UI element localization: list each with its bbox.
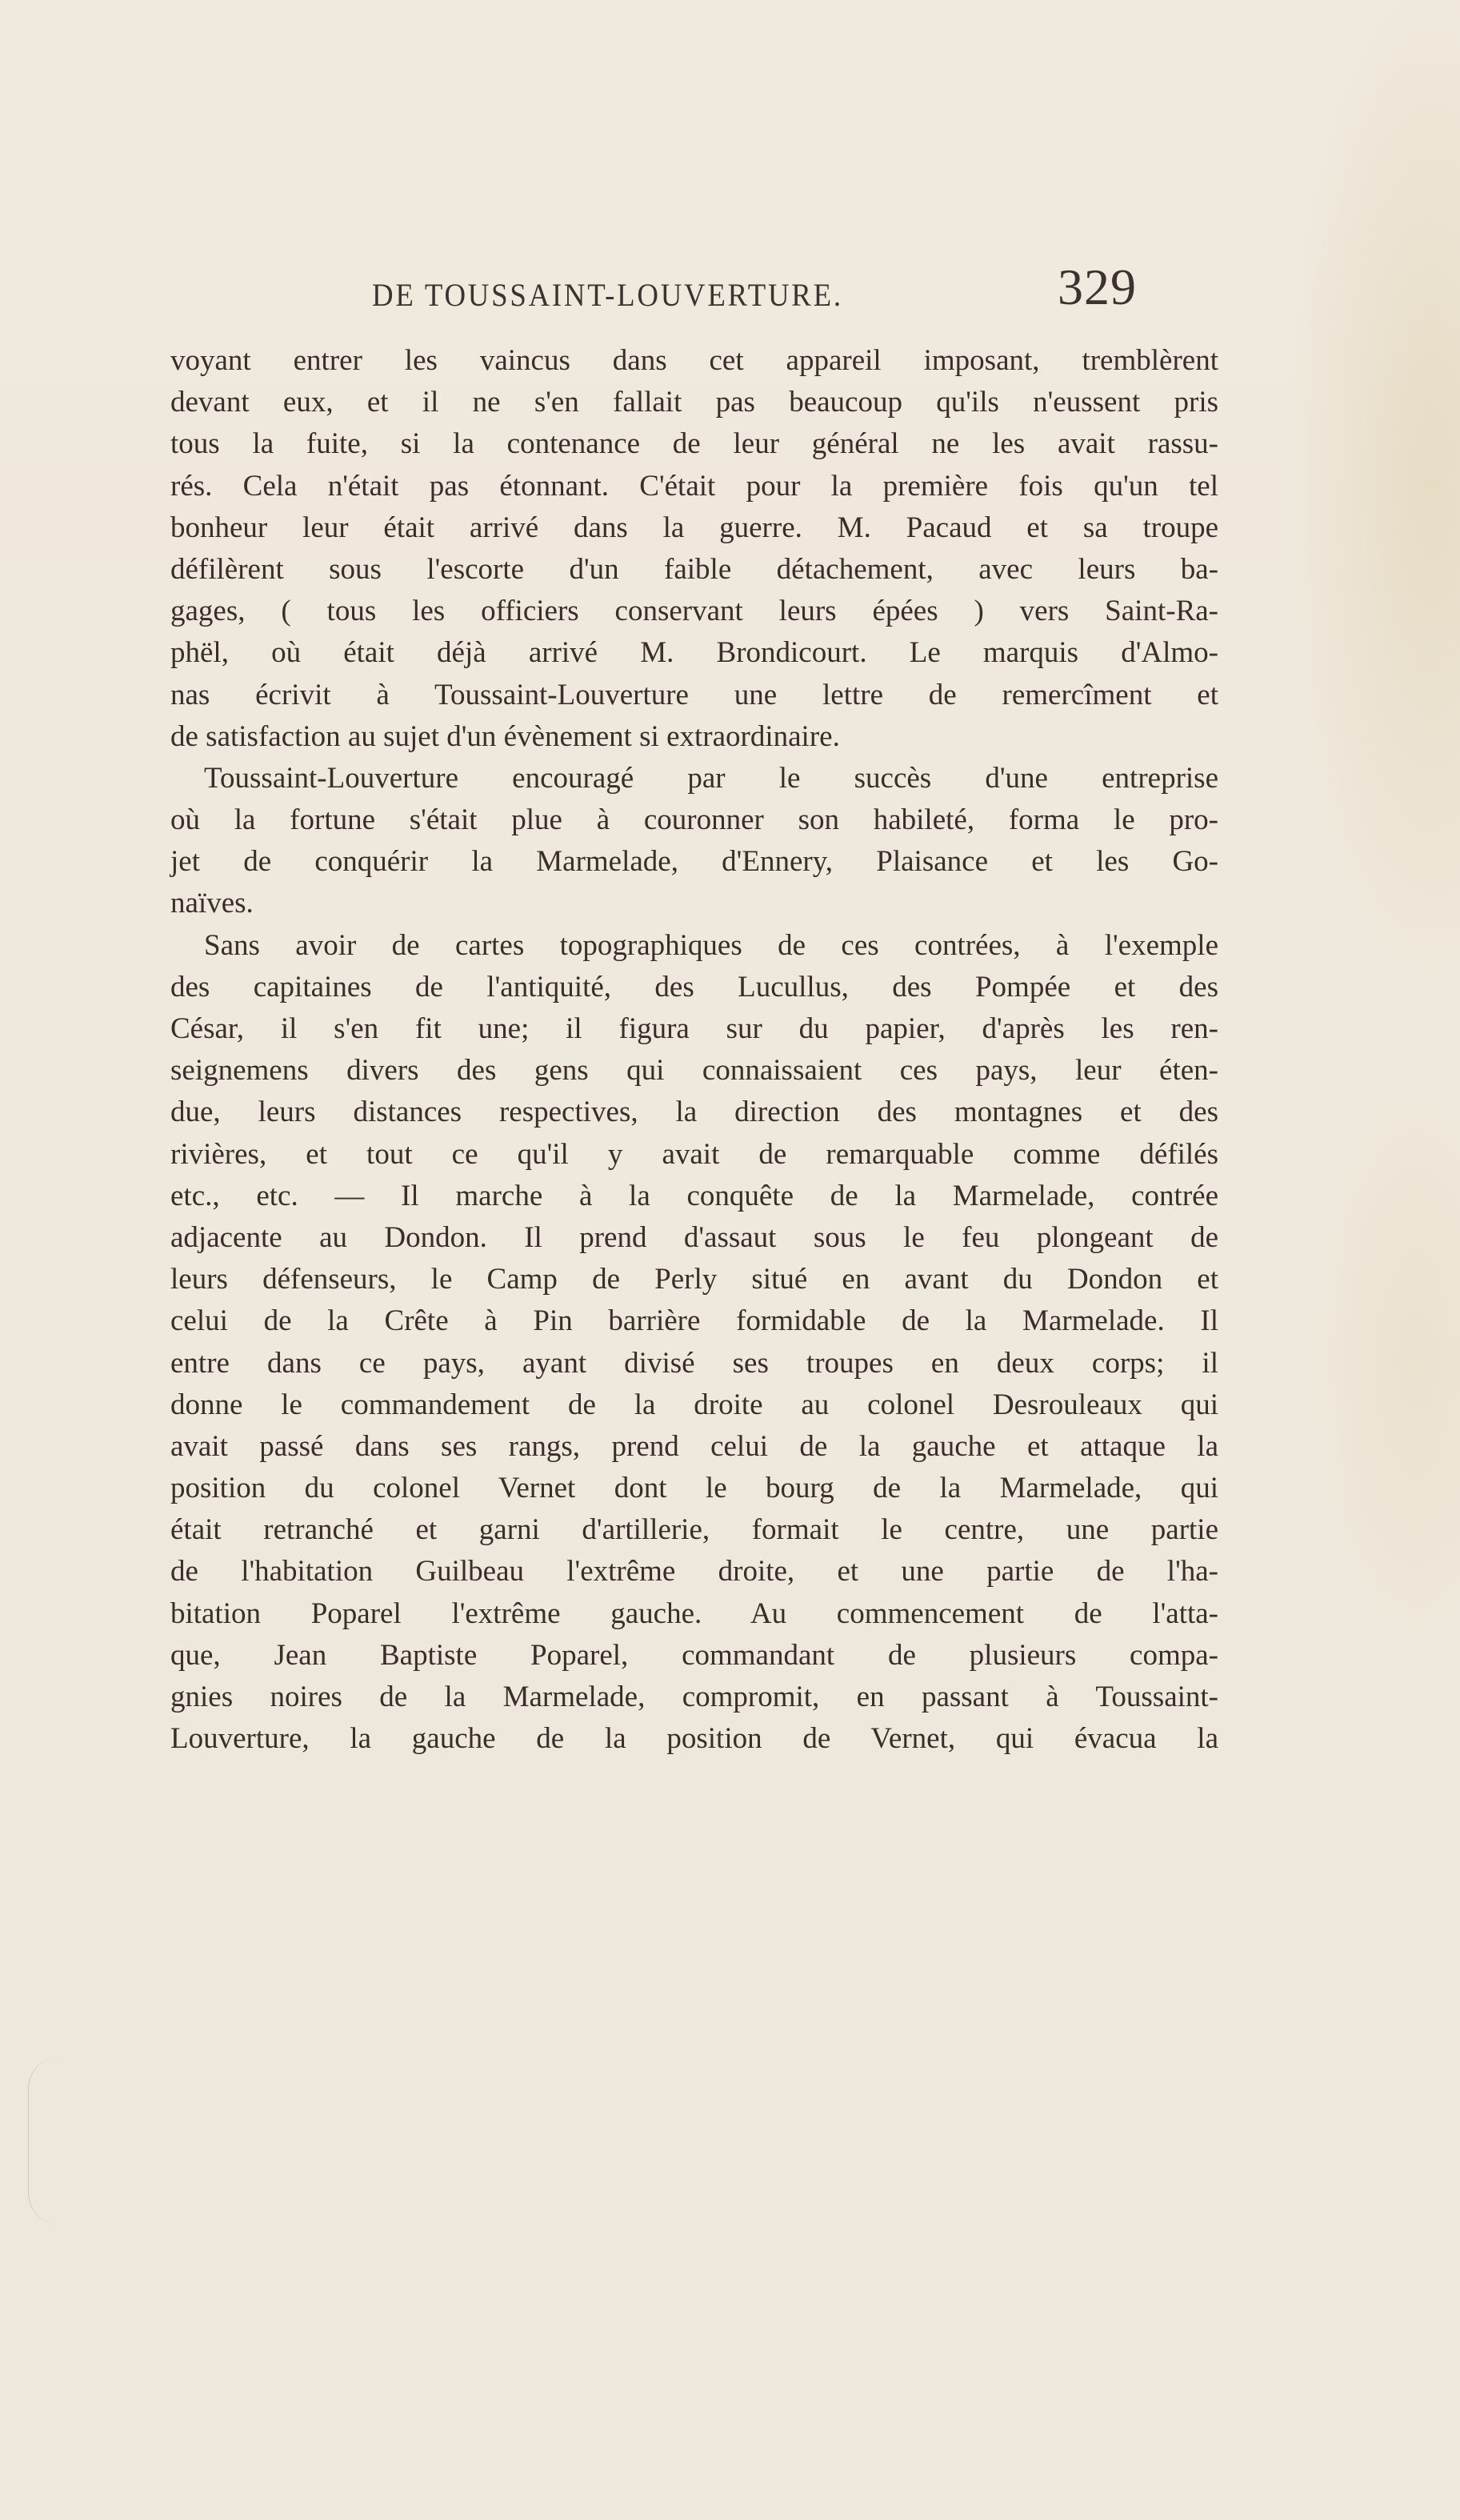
text-line: entre dans ce pays, ayant divisé ses tro… [170,1343,1218,1384]
text-line: seignemens divers des gens qui connaissa… [170,1050,1218,1092]
text-line: défilèrent sous l'escorte d'un faible dé… [170,549,1218,591]
paper-fiber-mark [28,2057,77,2225]
page-number: 329 [1058,258,1137,317]
text-line: de l'habitation Guilbeau l'extrême droit… [170,1551,1218,1593]
text-line: que, Jean Baptiste Poparel, commandant d… [170,1635,1218,1677]
text-line: leurs défenseurs, le Camp de Perly situé… [170,1259,1218,1300]
text-line: bonheur leur était arrivé dans la guerre… [170,507,1218,549]
text-line: était retranché et garni d'artillerie, f… [170,1509,1218,1551]
paragraph-2: Toussaint-Louverture encouragé par le su… [170,758,1218,925]
text-line: où la fortune s'était plue à couronner s… [170,799,1218,841]
text-line: phël, où était déjà arrivé M. Brondicour… [170,632,1218,674]
text-line: donne le commandement de la droite au co… [170,1384,1218,1426]
text-line: avait passé dans ses rangs, prend celui … [170,1426,1218,1468]
text-line: celui de la Crête à Pin barrière formida… [170,1300,1218,1342]
text-line: gnies noires de la Marmelade, compromit,… [170,1677,1218,1718]
text-line: position du colonel Vernet dont le bourg… [170,1468,1218,1509]
text-line: adjacente au Dondon. Il prend d'assaut s… [170,1217,1218,1259]
text-line: Toussaint-Louverture encouragé par le su… [170,758,1218,799]
text-line: bitation Poparel l'extrême gauche. Au co… [170,1593,1218,1635]
text-line: rés. Cela n'était pas étonnant. C'était … [170,466,1218,507]
paragraph-3: Sans avoir de cartes topographiques de c… [170,925,1218,1761]
text-line: tous la fuite, si la contenance de leur … [170,423,1218,465]
text-line: etc., etc. — Il marche à la conquête de … [170,1176,1218,1217]
text-line: gages, ( tous les officiers conservant l… [170,591,1218,632]
text-line: jet de conquérir la Marmelade, d'Ennery,… [170,841,1218,883]
paragraph-1: voyant entrer les vaincus dans cet appar… [170,340,1218,758]
text-line: César, il s'en fit une; il figura sur du… [170,1008,1218,1050]
text-line: des capitaines de l'antiquité, des Lucul… [170,967,1218,1008]
text-line: devant eux, et il ne s'en fallait pas be… [170,382,1218,423]
text-line: de satisfaction au sujet d'un évènement … [170,716,1218,758]
text-line: due, leurs distances respectives, la dir… [170,1092,1218,1133]
text-line: rivières, et tout ce qu'il y avait de re… [170,1134,1218,1176]
text-line: Louverture, la gauche de la position de … [170,1718,1218,1760]
body-text: voyant entrer les vaincus dans cet appar… [170,340,1218,1760]
running-head-title: DE TOUSSAINT-LOUVERTURE. [372,276,887,314]
text-line: voyant entrer les vaincus dans cet appar… [170,340,1218,382]
text-line: Sans avoir de cartes topographiques de c… [170,925,1218,967]
book-page: DE TOUSSAINT-LOUVERTURE. 329 voyant entr… [0,0,1460,2520]
text-line: naïves. [170,883,1218,924]
text-line: nas écrivit à Toussaint-Louverture une l… [170,675,1218,716]
